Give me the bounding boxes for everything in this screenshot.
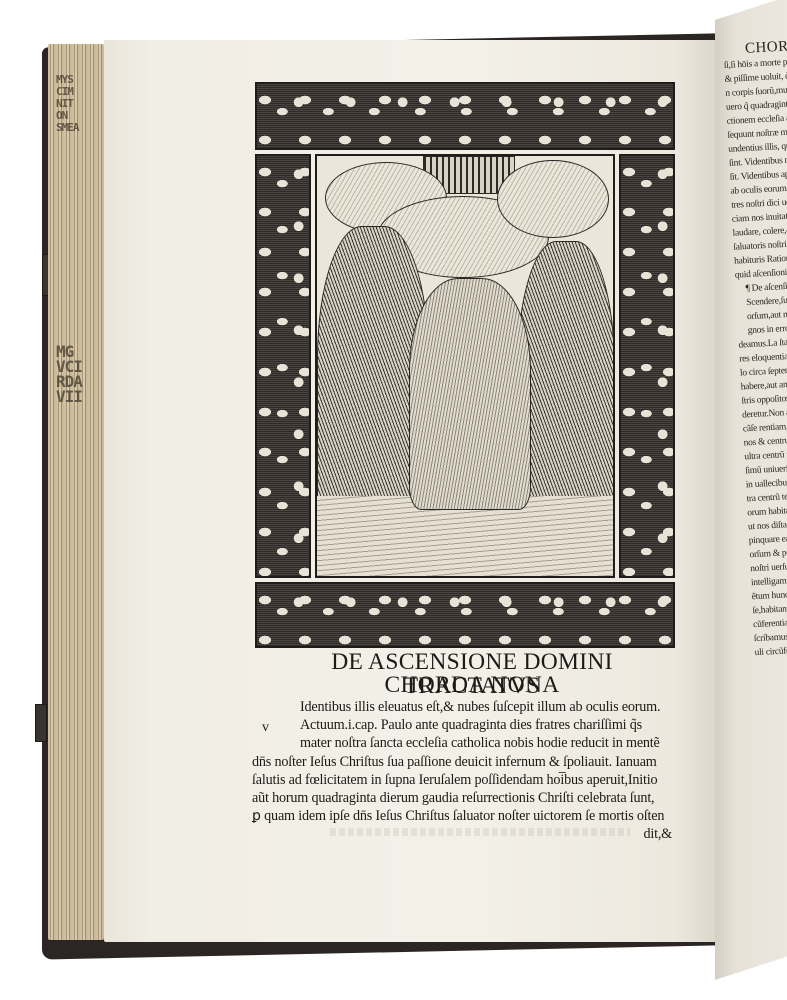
show-through-text	[330, 828, 630, 836]
woodcut-ascension-scene	[315, 154, 615, 578]
woodcut-right-border-putti	[619, 154, 675, 578]
text-line: uli circũferentiã q̃ qua	[754, 643, 787, 660]
woodcut-subject: Ascension of Christ — apostles and Virgi…	[255, 82, 256, 83]
text-line: Identibus illis eleuatus eſt,& nubes ſuſ…	[252, 698, 672, 716]
text-line: cũferentia uniuerſi re	[753, 615, 787, 632]
text-line: ſe,habitantibus circuli	[752, 601, 787, 618]
woodcut-illustration: Ascension of Christ — apostles and Virgi…	[255, 82, 675, 650]
cloud	[497, 160, 609, 238]
fore-edge-inscription-top: MYS CIM NIT ON SMEA	[56, 74, 98, 134]
body-text: Identibus illis eleuatus eſt,& nubes ſuſ…	[252, 698, 672, 844]
woodcut-top-border-foliage	[255, 82, 675, 150]
text-line: mater noſtra ſancta eccleſia catholica n…	[252, 734, 672, 752]
chapter-subheading: CHORDA NONA	[262, 673, 682, 697]
clasp-bottom	[35, 704, 47, 742]
page-fore-edge: MYS CIM NIT ON SMEA MG VCI RDA VII	[48, 44, 104, 940]
text-line: ſalutis ad fœlicitatem in ſupna Ieruſale…	[252, 771, 672, 789]
woodcut-bottom-border-putti	[255, 582, 675, 648]
text-line: aũt horum quadraginta dierum gaudia reſu…	[252, 789, 672, 807]
fore-edge-inscription-middle: MG VCI RDA VII	[56, 344, 98, 404]
woodcut-left-border-putti	[255, 154, 311, 578]
mount-of-olives-rock	[409, 278, 531, 510]
text-line: Actuum.i.cap. Paulo ante quadraginta die…	[252, 716, 672, 734]
text-line: ꝑ quam idem ipſe dn̄s Ieſus Chriſtus ſal…	[252, 807, 672, 825]
text-line: dn̄s noſter Ieſus Chriſtus ſua paſſione …	[252, 753, 672, 771]
text-line: ſcribamus qui terrã diſt	[754, 629, 787, 646]
text-line: ẽtum hunc centrum cred	[751, 587, 787, 604]
